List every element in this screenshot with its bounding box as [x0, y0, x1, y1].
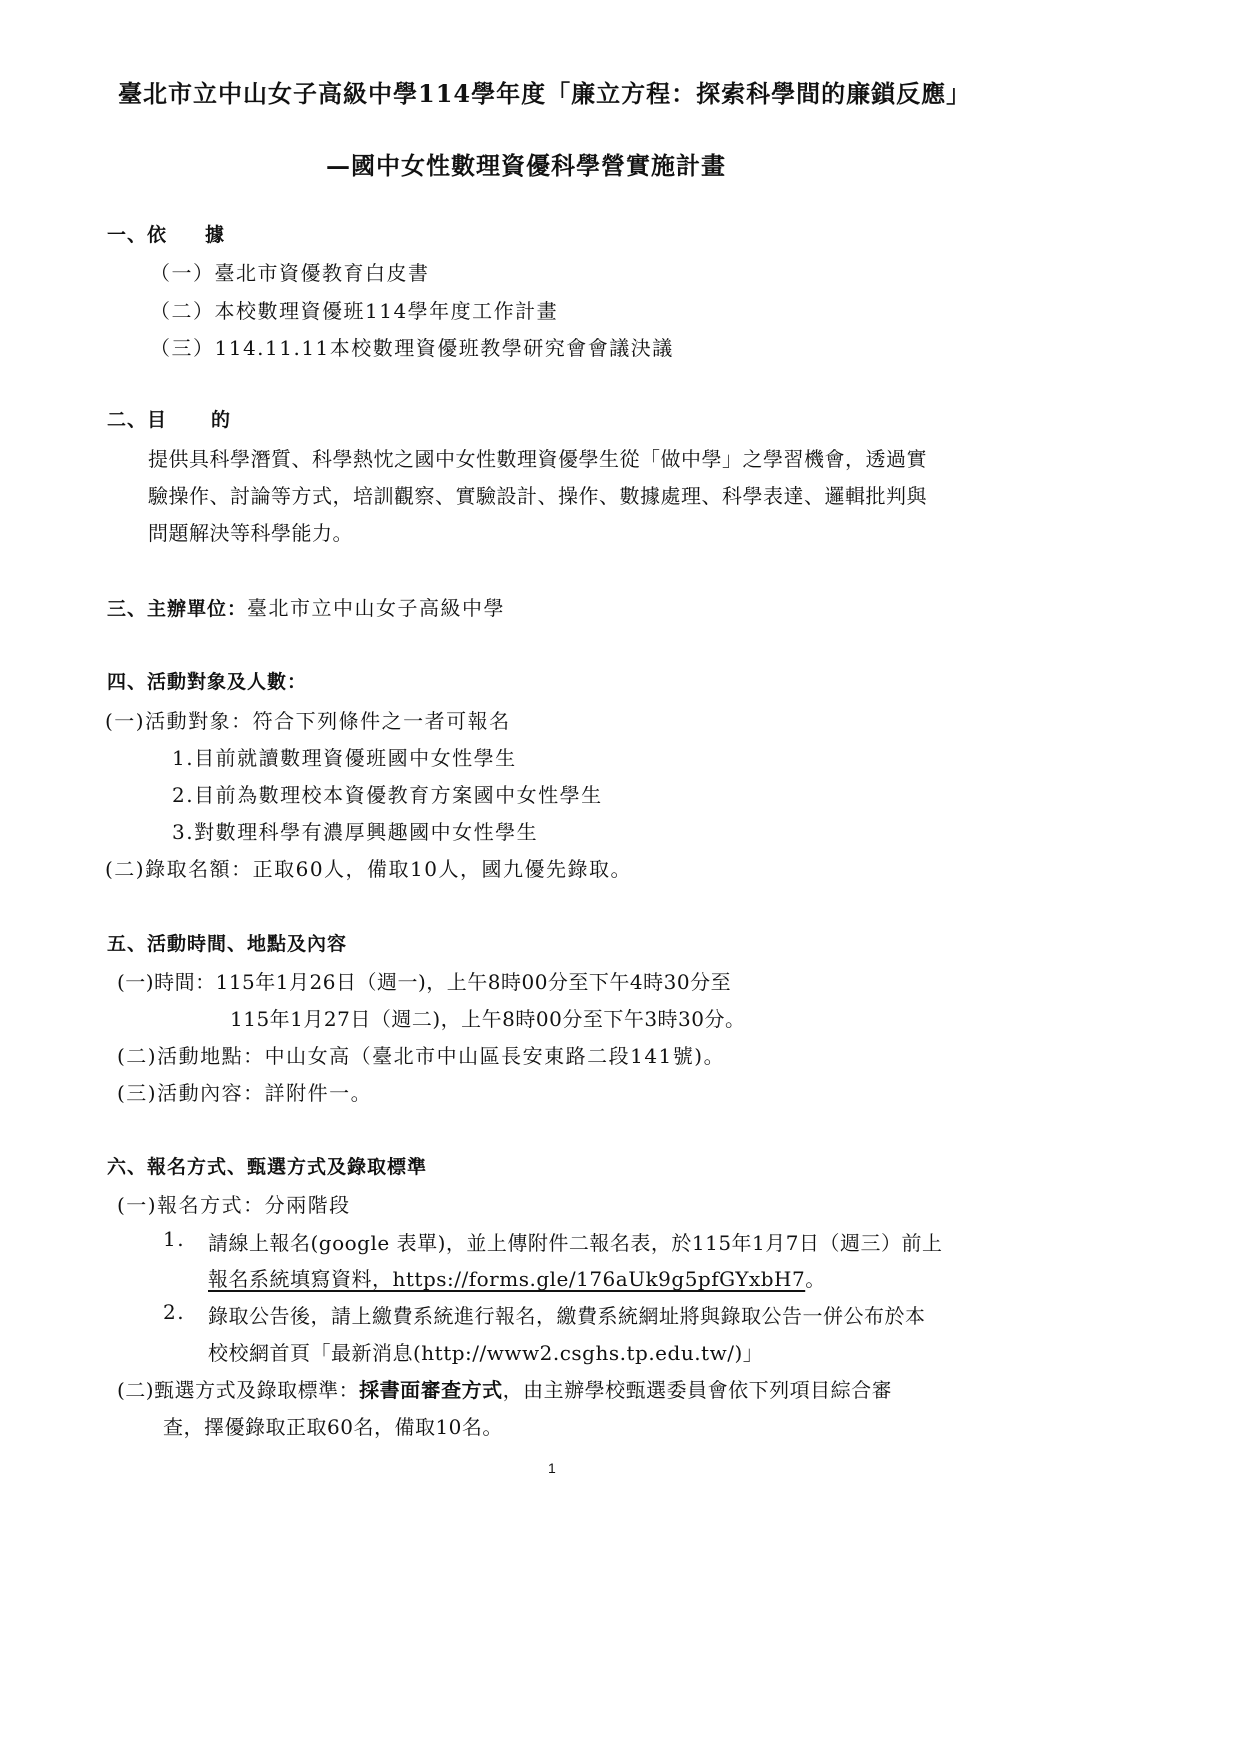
- organizer-value: 臺北市立中山女子高級中學: [247, 596, 505, 620]
- page-number: 1: [548, 1460, 556, 1476]
- step-1-number: 1.: [163, 1227, 185, 1251]
- step-1-end: 。: [805, 1267, 826, 1291]
- step-1-line-2: 報名系統填寫資料，https://forms.gle/176aUk9g5pfGY…: [208, 1263, 826, 1292]
- section-2-heading-num: 二、目: [107, 409, 167, 431]
- selection-rest: ，由主辦學校甄選委員會依下列項目綜合審: [503, 1378, 893, 1402]
- selection-method-bold: 採書面審查方式: [359, 1378, 503, 1402]
- step-2-number: 2.: [163, 1300, 185, 1324]
- section-1-heading-tail: 據: [205, 224, 225, 246]
- step-2-line-2: 校校網首頁「最新消息(http://www2.csghs.tp.edu.tw/)…: [208, 1337, 763, 1366]
- basis-item-1: （一）臺北市資優教育白皮書: [150, 257, 430, 286]
- section-4-heading: 四、活動對象及人數：: [107, 667, 307, 694]
- section-5-heading: 五、活動時間、地點及內容: [107, 929, 347, 956]
- purpose-line-1: 提供具科學潛質、科學熱忱之國中女性數理資優學生從「做中學」之學習機會，透過實: [148, 443, 927, 472]
- purpose-line-2: 驗操作、討論等方式，培訓觀察、實驗設計、操作、數據處理、科學表達、邏輯批判與: [148, 480, 927, 509]
- condition-3: 3.對數理科學有濃厚興趣國中女性學生: [172, 816, 538, 845]
- time-line-2: 115年1月27日（週二)，上午8時00分至下午3時30分。: [230, 1003, 746, 1032]
- section-3-heading: 三、主辦單位：: [107, 598, 247, 620]
- content: (三)活動內容：詳附件一。: [117, 1077, 372, 1106]
- document-page: 臺北市立中山女子高級中學114學年度「廉立方程：探索科學間的廉鎖反應」 —國中女…: [0, 0, 1241, 1755]
- basis-item-3: （三）114.11.11本校數理資優班教學研究會會議決議: [150, 332, 674, 361]
- step-1-line-1: 請線上報名(google 表單)，並上傳附件二報名表，於115年1月7日（週三）…: [208, 1227, 943, 1256]
- section-2-heading: 二、目的: [107, 405, 231, 432]
- step-2-line-1: 錄取公告後，請上繳費系統進行報名，繳費系統網址將與錄取公告一併公布於本: [208, 1300, 926, 1329]
- section-1-heading: 一、依據: [107, 220, 225, 247]
- document-title-line2: —國中女性數理資優科學營實施計畫: [326, 146, 726, 181]
- registration-form-link[interactable]: 報名系統填寫資料，https://forms.gle/176aUk9g5pfGY…: [208, 1267, 805, 1291]
- target-label: (一)活動對象：符合下列條件之一者可報名: [105, 705, 511, 734]
- selection-line-1: (二)甄選方式及錄取標準：採書面審查方式，由主辦學校甄選委員會依下列項目綜合審: [117, 1374, 892, 1403]
- selection-prefix: (二)甄選方式及錄取標準：: [117, 1378, 359, 1402]
- condition-1: 1.目前就讀數理資優班國中女性學生: [172, 742, 517, 771]
- selection-line-2: 查，擇優錄取正取60名，備取10名。: [163, 1411, 503, 1440]
- location: (二)活動地點：中山女高（臺北市中山區長安東路二段141號)。: [117, 1040, 725, 1069]
- quota: (二)錄取名額：正取60人，備取10人，國九優先錄取。: [105, 853, 632, 882]
- section-3-organizer: 三、主辦單位：臺北市立中山女子高級中學: [107, 592, 505, 621]
- purpose-line-3: 問題解決等科學能力。: [148, 517, 353, 546]
- document-title-line1: 臺北市立中山女子高級中學114學年度「廉立方程：探索科學間的廉鎖反應」: [118, 74, 971, 109]
- basis-item-2: （二）本校數理資優班114學年度工作計畫: [150, 295, 558, 324]
- time-line-1: (一)時間：115年1月26日（週一)，上午8時00分至下午4時30分至: [117, 966, 731, 995]
- method-label: (一)報名方式：分兩階段: [117, 1189, 351, 1218]
- section-1-heading-num: 一、依: [107, 224, 167, 246]
- section-6-heading: 六、報名方式、甄選方式及錄取標準: [107, 1152, 427, 1179]
- condition-2: 2.目前為數理校本資優教育方案國中女性學生: [172, 779, 603, 808]
- section-2-heading-tail: 的: [211, 409, 231, 431]
